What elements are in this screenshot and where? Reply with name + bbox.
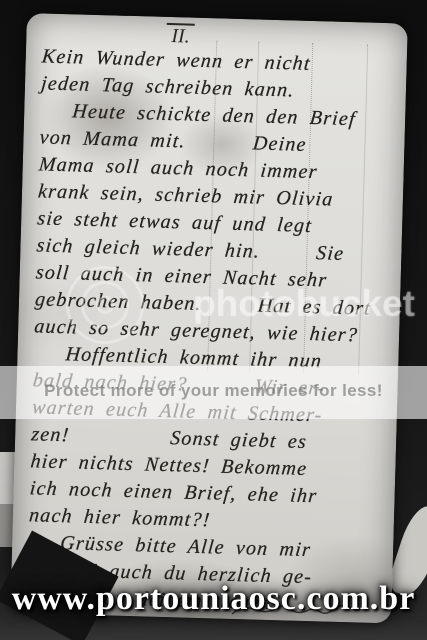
letter-body: Kein Wunder wenn er nichtjeden Tag schre… [26,45,403,622]
letter-photo: II. Kein Wunder wenn er nichtjeden Tag s… [10,13,408,623]
photo-background: II. Kein Wunder wenn er nichtjeden Tag s… [0,0,427,640]
signature-flourish [228,595,369,625]
page-number: II. [166,23,195,49]
